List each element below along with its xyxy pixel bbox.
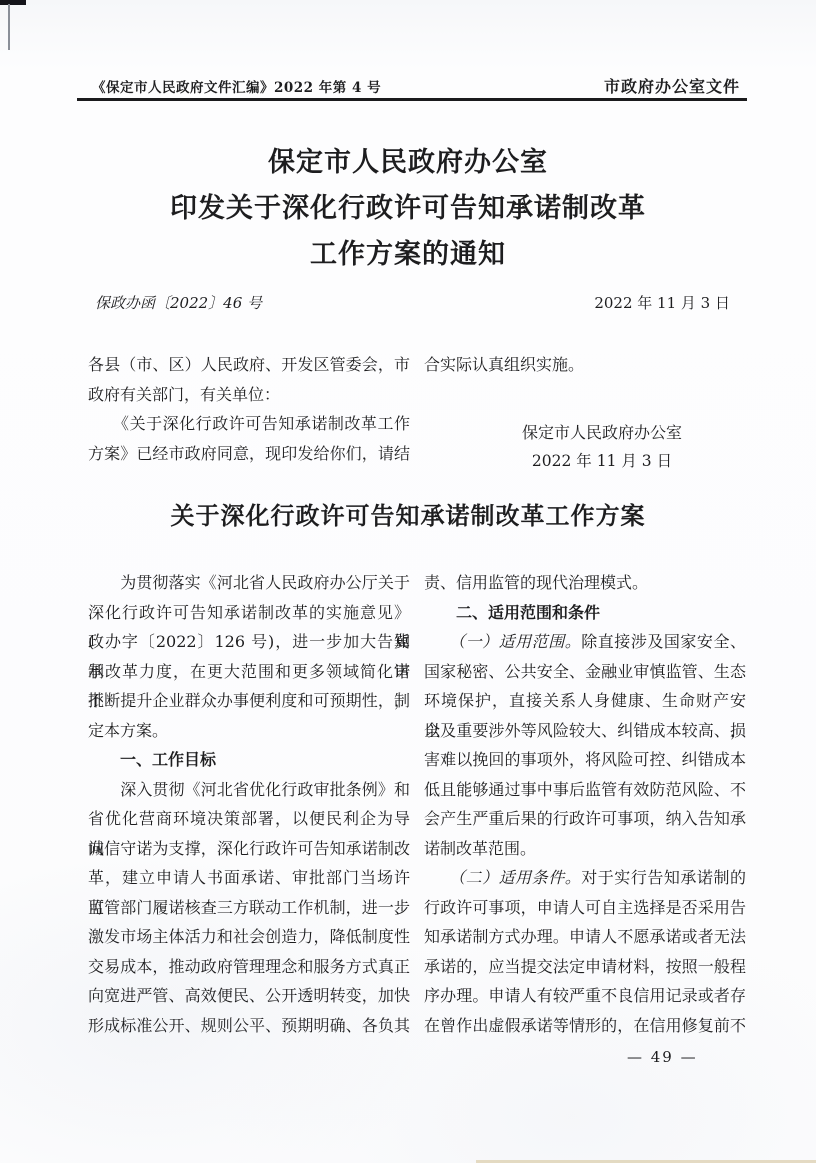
body-text-line: 为贯彻落实《河北省人民政府办公厅关于 xyxy=(88,568,410,598)
body-left-column: 为贯彻落实《河北省人民政府办公厅关于深化行政许可告知承诺制改革的实施意见》(冀政… xyxy=(88,568,410,1040)
intro-left-column: 各县（市、区）人民政府、开发区管委会，市政府有关部门，有关单位： 《关于深化行政… xyxy=(88,350,410,476)
document-title-line: 保定市人民政府办公室 xyxy=(0,140,816,186)
body-text-line: 低且能够通过事中事后监管有效防范风险、不 xyxy=(424,775,746,805)
body-text-line: 会产生严重后果的行政许可事项，纳入告知承 xyxy=(424,804,746,834)
header-office-label: 市政府办公室文件 xyxy=(604,74,740,97)
document-title: 保定市人民政府办公室印发关于深化行政许可告知承诺制改革工作方案的通知 xyxy=(0,140,816,278)
kaiti-lead-in: （二）适用条件。 xyxy=(424,868,581,887)
body-text-line: （二）适用条件。对于实行告知承诺制的 xyxy=(424,863,746,893)
header-compilation-label: 《保定市人民政府文件汇编》2022 年第 4 号 xyxy=(92,76,381,96)
doc-number: 保政办函〔2022〕46 号 xyxy=(95,292,262,313)
body-text-line: 行政许可事项，申请人可自主选择是否采用告 xyxy=(424,893,746,923)
signature-date: 2022 年 11 月 3 日 xyxy=(424,447,746,476)
body-text-line: 形成标准公开、规则公平、预期明确、各负其 xyxy=(88,1011,410,1041)
intro-right-column: 合实际认真组织实施。 保定市人民政府办公室 2022 年 11 月 3 日 xyxy=(424,350,746,476)
body-text-line: 政办字〔2022〕126 号)，进一步加大告知承诺 xyxy=(88,627,410,657)
body-text-line: 以及重要涉外等风险较大、纠错成本较高、损 xyxy=(424,716,746,746)
signature-office: 保定市人民政府办公室 xyxy=(424,418,746,447)
body-text-line: 合实际认真组织实施。 xyxy=(424,350,746,380)
body-text-line: 在曾作出虚假承诺等情形的，在信用修复前不 xyxy=(424,1011,746,1041)
document-title-line: 工作方案的通知 xyxy=(0,232,816,278)
plan-body-columns: 为贯彻落实《河北省人民政府办公厅关于深化行政许可告知承诺制改革的实施意见》(冀政… xyxy=(88,568,746,1040)
scan-artifact-top-edge xyxy=(0,0,26,5)
body-text-line: 方案》已经市政府同意，现印发给你们，请结 xyxy=(88,439,410,469)
scan-artifact-left-edge xyxy=(8,4,10,50)
body-text-line: （一）适用范围。除直接涉及国家安全、 xyxy=(424,627,746,657)
body-text-line: 一、工作目标 xyxy=(88,745,410,775)
body-text-line: 二、适用范围和条件 xyxy=(424,598,746,628)
body-text-line: 革，建立申请人书面承诺、审批部门当场许可、 xyxy=(88,863,410,893)
body-text-line: 知承诺制方式办理。申请人不愿承诺或者无法 xyxy=(424,922,746,952)
body-text-line: 《关于深化行政许可告知承诺制改革工作 xyxy=(88,409,410,439)
plan-title: 关于深化行政许可告知承诺制改革工作方案 xyxy=(0,496,816,531)
body-text-line: 诺制改革范围。 xyxy=(424,834,746,864)
body-text-line: 政府有关部门，有关单位： xyxy=(88,380,410,410)
body-text-line: 国家秘密、公共安全、金融业审慎监管、生态 xyxy=(424,657,746,687)
body-text-line: 定本方案。 xyxy=(88,716,410,746)
body-text-line: 环境保护，直接关系人身健康、生命财产安全， xyxy=(424,686,746,716)
page-number: — 49 — xyxy=(627,1048,698,1066)
page-header: 《保定市人民政府文件汇编》2022 年第 4 号 市政府办公室文件 xyxy=(92,74,740,97)
body-text-line: 不断提升企业群众办事便利度和可预期性，制 xyxy=(88,686,410,716)
document-title-line: 印发关于深化行政许可告知承诺制改革 xyxy=(0,186,816,232)
body-text-line: 监管部门履诺核查三方联动工作机制，进一步 xyxy=(88,893,410,923)
body-text-line: 深化行政许可告知承诺制改革的实施意见》(冀 xyxy=(88,598,410,628)
body-right-column: 责、信用监管的现代治理模式。 二、适用范围和条件 （一）适用范围。除直接涉及国家… xyxy=(424,568,746,1040)
doc-date: 2022 年 11 月 3 日 xyxy=(594,292,730,313)
body-text-line: 交易成本，推动政府管理理念和服务方式真正 xyxy=(88,952,410,982)
body-text-line: 向宽进严管、高效便民、公开透明转变，加快 xyxy=(88,981,410,1011)
body-text-line: 责、信用监管的现代治理模式。 xyxy=(424,568,746,598)
body-text-line: 诚信守诺为支撑，深化行政许可告知承诺制改 xyxy=(88,834,410,864)
body-text-line: 害难以挽回的事项外，将风险可控、纠错成本 xyxy=(424,745,746,775)
body-text-line: 制改革力度，在更大范围和更多领域简化审批， xyxy=(88,657,410,687)
notice-intro-columns: 各县（市、区）人民政府、开发区管委会，市政府有关部门，有关单位： 《关于深化行政… xyxy=(88,350,746,476)
scanned-document-page: 《保定市人民政府文件汇编》2022 年第 4 号 市政府办公室文件 保定市人民政… xyxy=(0,0,816,1163)
kaiti-lead-in: （一）适用范围。 xyxy=(424,632,581,651)
body-text-line: 激发市场主体活力和社会创造力，降低制度性 xyxy=(88,922,410,952)
body-text-line: 各县（市、区）人民政府、开发区管委会，市 xyxy=(88,350,410,380)
header-divider-rule xyxy=(77,98,747,101)
body-text-line: 深入贯彻《河北省优化行政审批条例》和 xyxy=(88,775,410,805)
body-text-line: 省优化营商环境决策部署，以便民利企为导向、 xyxy=(88,804,410,834)
doc-meta-row: 保政办函〔2022〕46 号 2022 年 11 月 3 日 xyxy=(95,292,730,313)
body-text-line: 序办理。申请人有较严重不良信用记录或者存 xyxy=(424,981,746,1011)
body-text-line: 承诺的，应当提交法定申请材料，按照一般程 xyxy=(424,952,746,982)
